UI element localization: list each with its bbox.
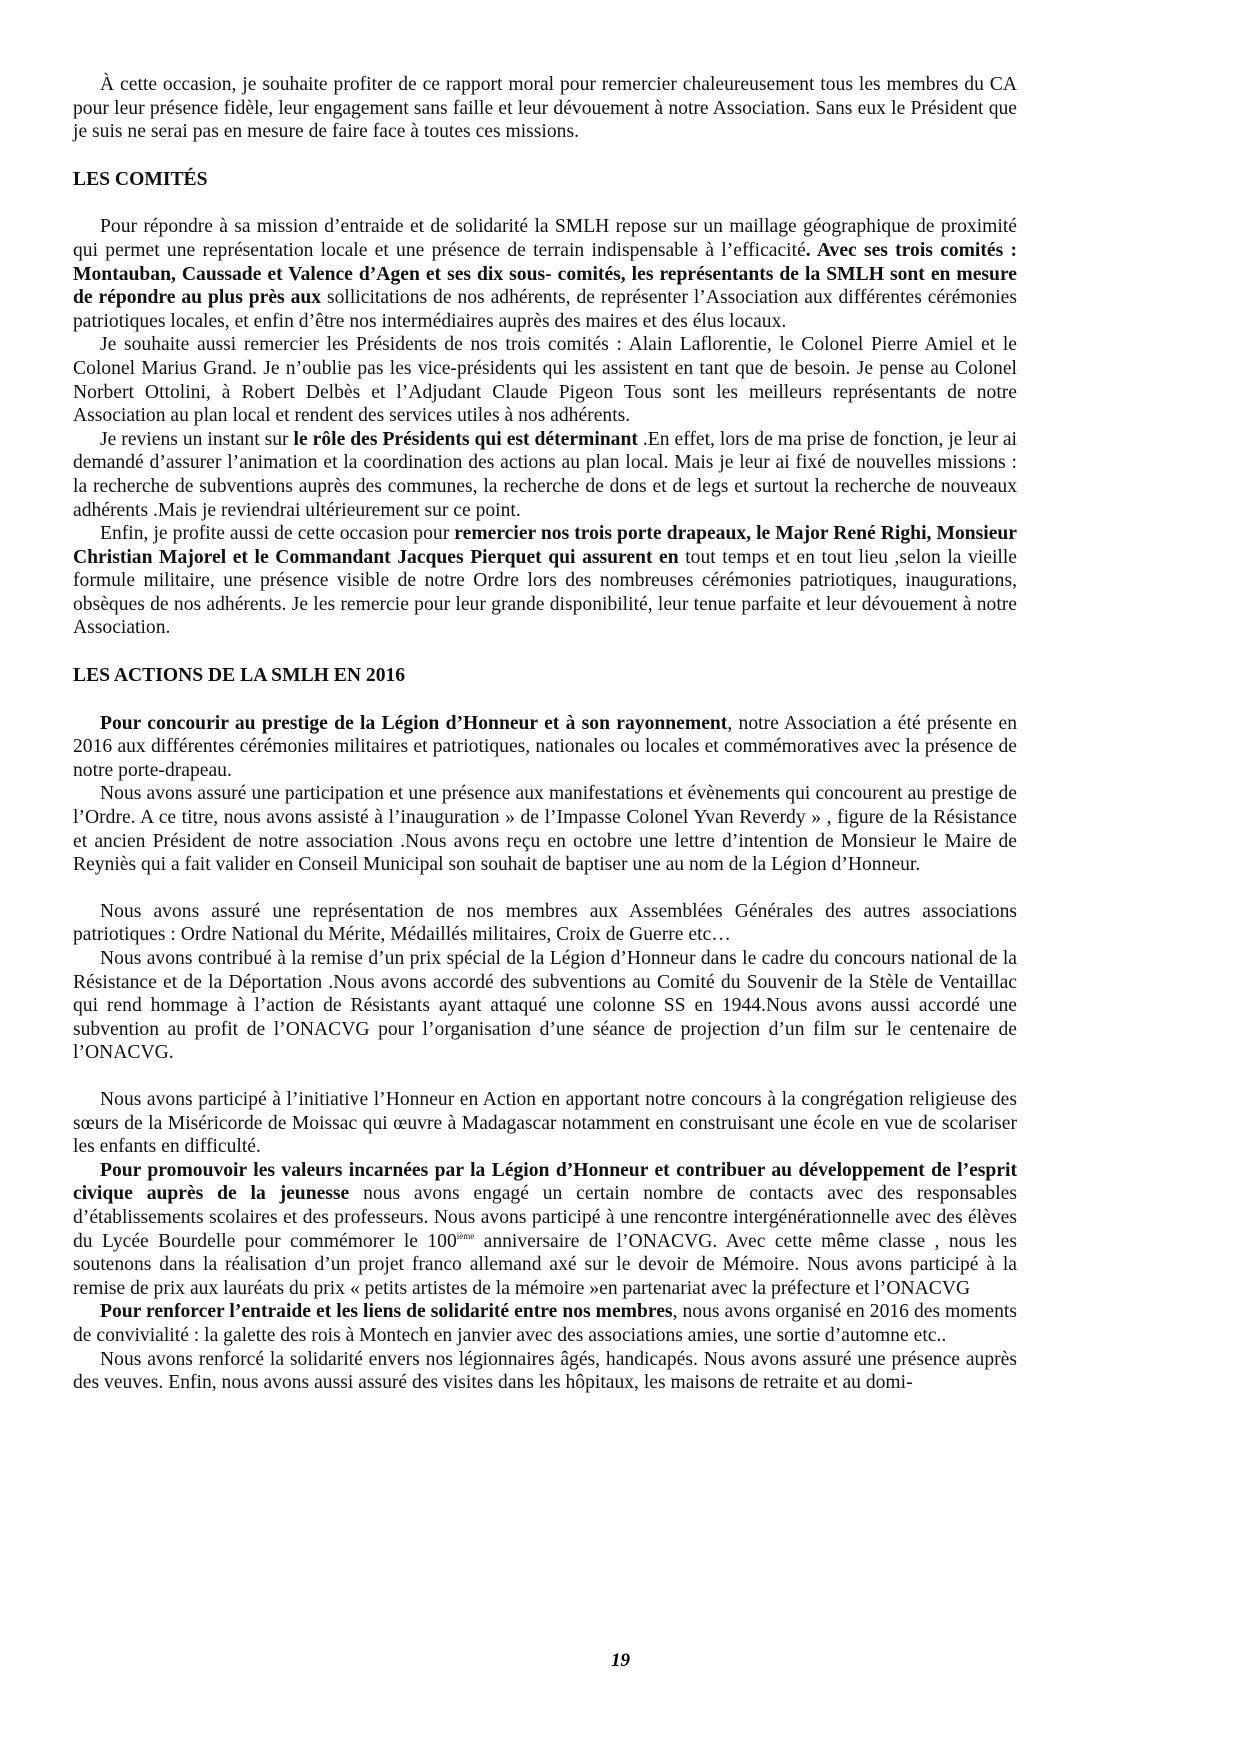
page-number: 19 xyxy=(0,1650,1241,1672)
section-heading-comites: LES COMITÉS xyxy=(73,168,1017,192)
superscript: ième xyxy=(457,1231,475,1241)
text-run: Enfin, je profite aussi de cette occasio… xyxy=(100,523,454,544)
paragraph-comites-mission: Pour répondre à sa mission d’entraide et… xyxy=(73,215,1017,333)
intro-paragraph: À cette occasion, je souhaite profiter d… xyxy=(73,73,1017,144)
paragraph-jeunesse: Pour promouvoir les valeurs incarnées pa… xyxy=(73,1159,1017,1301)
paragraph-prix-resistance: Nous avons contribué à la remise d’un pr… xyxy=(73,947,1017,1065)
paragraph-comites-presidents: Je souhaite aussi remercier les Présiden… xyxy=(73,333,1017,427)
paragraph-porte-drapeaux: Enfin, je profite aussi de cette occasio… xyxy=(73,522,1017,640)
section-heading-actions: LES ACTIONS DE LA SMLH EN 2016 xyxy=(73,664,1017,688)
bold-text-run: Pour concourir au prestige de la Légion … xyxy=(100,713,727,734)
paragraph-role-presidents: Je reviens un instant sur le rôle des Pr… xyxy=(73,428,1017,522)
paragraph-solidarite: Nous avons renforcé la solidarité envers… xyxy=(73,1348,1017,1395)
document-page: À cette occasion, je souhaite profiter d… xyxy=(73,73,1017,1395)
paragraph-honneur-en-action: Nous avons participé à l’initiative l’Ho… xyxy=(73,1088,1017,1159)
paragraph-entraide: Pour renforcer l’entraide et les liens d… xyxy=(73,1300,1017,1347)
paragraph-assemblees: Nous avons assuré une représentation de … xyxy=(73,900,1017,947)
bold-text-run: le rôle des Présidents qui est détermina… xyxy=(294,429,638,450)
bold-text-run: Pour renforcer l’entraide et les liens d… xyxy=(100,1301,673,1322)
text-run: Je reviens un instant sur xyxy=(100,429,294,450)
paragraph-prestige: Pour concourir au prestige de la Légion … xyxy=(73,712,1017,783)
paragraph-manifestations: Nous avons assuré une participation et u… xyxy=(73,782,1017,876)
